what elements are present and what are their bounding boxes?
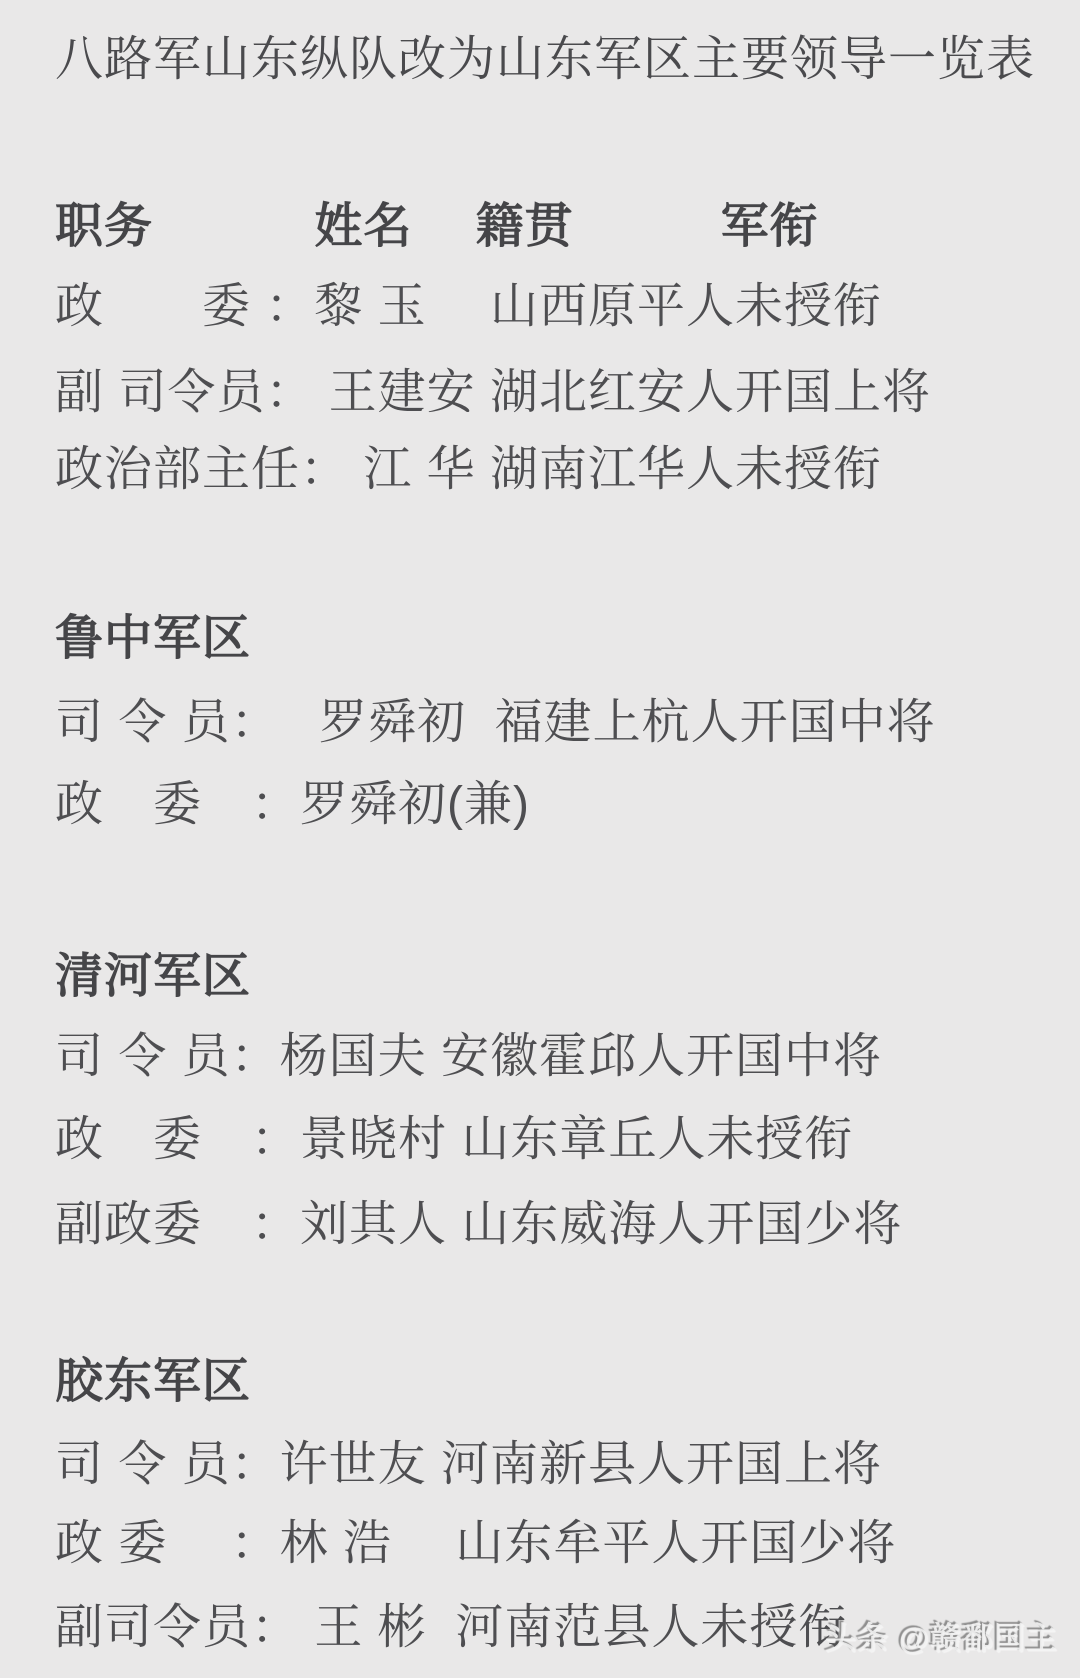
row-hq-commissar: 政 委 ：黎 玉 山西原平人未授衔 [55, 283, 882, 331]
row-luzhong-commissar: 政 委 ：罗舜初(兼) [55, 781, 530, 829]
row-hq-political-director: 政治部主任： 江 华 湖南江华人未授衔 [55, 446, 882, 494]
page-title: 八路军山东纵队改为山东军区主要领导一览表 [55, 36, 1035, 84]
row-jiaodong-deputy-commander: 副司令员： 王 彬 河南范县人未授衔 [55, 1604, 847, 1652]
row-hq-deputy-commander: 副 司令员： 王建安 湖北红安人开国上将 [55, 369, 931, 417]
section-heading-jiaodong: 胶东军区 [55, 1358, 251, 1406]
row-qinghe-commander: 司 令 员：杨国夫 安徽霍邱人开国中将 [55, 1033, 882, 1081]
row-qinghe-deputy-commissar: 副政委 ：刘其人 山东威海人开国少将 [55, 1201, 902, 1249]
section-heading-luzhong: 鲁中军区 [55, 615, 251, 663]
row-jiaodong-commissar: 政 委 ：林 浩 山东牟平人开国少将 [55, 1520, 896, 1568]
row-luzhong-commander: 司 令 员： 罗舜初 福建上杭人开国中将 [55, 699, 936, 747]
document-page: 八路军山东纵队改为山东军区主要领导一览表 职务 姓名 籍贯 军衔 政 委 ：黎 … [0, 0, 1080, 1678]
table-header-row: 职务 姓名 籍贯 军衔 [55, 203, 819, 251]
row-qinghe-commissar: 政 委 ：景晓村 山东章丘人未授衔 [55, 1116, 853, 1164]
section-heading-qinghe: 清河军区 [55, 953, 251, 1001]
toutiao-watermark: 头条 @赣鄱国主 [825, 1622, 1058, 1656]
row-jiaodong-commander: 司 令 员：许世友 河南新县人开国上将 [55, 1441, 882, 1489]
